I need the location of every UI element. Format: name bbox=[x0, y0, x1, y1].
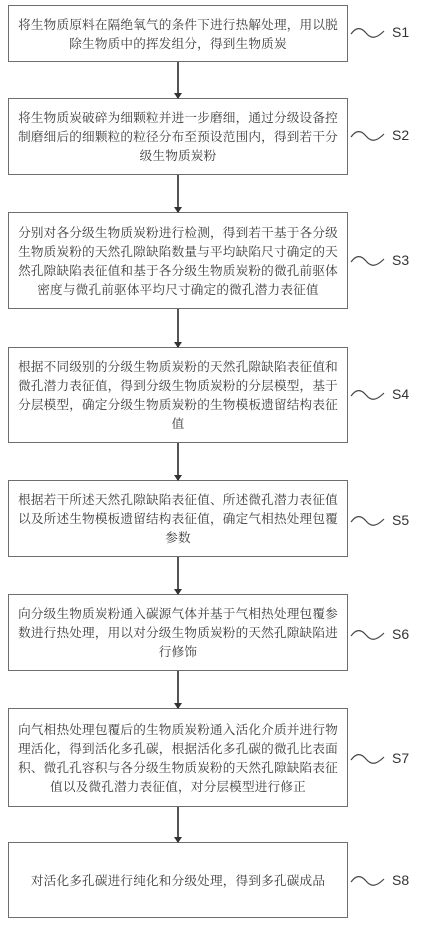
step-text-s7: 向气相热处理包覆后的生物质炭粉通入活化介质并进行物理活化，得到活化多孔碳，根据活… bbox=[17, 720, 339, 796]
squiggle-leader-icon bbox=[350, 751, 386, 767]
arrow-s4-s5 bbox=[177, 443, 179, 480]
arrow-head-icon bbox=[174, 703, 182, 709]
step-text-s1: 将生物质原料在隔绝氧气的条件下进行热解处理，用以脱除生物质中的挥发组分，得到生物… bbox=[17, 15, 339, 53]
step-label-s3: S3 bbox=[392, 252, 409, 268]
arrow-s2-s3 bbox=[177, 175, 179, 212]
step-text-s5: 根据若干所述天然孔隙缺陷表征值、所述微孔潜力表征值以及所述生物模板遗留结构表征值… bbox=[17, 490, 339, 547]
squiggle-leader-icon bbox=[350, 387, 386, 403]
step-box-s2: 将生物质炭破碎为细颗粒并进一步磨细，通过分级设备控制磨细后的细颗粒的粒径分布至预… bbox=[8, 98, 348, 175]
squiggle-leader-icon bbox=[350, 128, 386, 144]
step-label-s6: S6 bbox=[392, 626, 409, 642]
step-label-s1: S1 bbox=[392, 24, 409, 40]
step-text-s8: 对活化多孔碳进行纯化和分级处理，得到多孔碳成品 bbox=[31, 871, 325, 890]
step-box-s1: 将生物质原料在隔绝氧气的条件下进行热解处理，用以脱除生物质中的挥发组分，得到生物… bbox=[8, 5, 348, 62]
step-text-s6: 向分级生物质炭粉通入碳源气体并基于气相热处理包覆参数进行热处理，用以对分级生物质… bbox=[17, 604, 339, 661]
squiggle-leader-icon bbox=[350, 253, 386, 269]
step-label-s2: S2 bbox=[392, 127, 409, 143]
arrow-head-icon bbox=[174, 837, 182, 843]
arrow-head-icon bbox=[174, 342, 182, 348]
arrow-head-icon bbox=[174, 93, 182, 99]
step-box-s3: 分别对各分级生物质炭粉进行检测，得到若干基于各分级生物质炭粉的天然孔隙缺陷数量与… bbox=[8, 212, 348, 309]
step-text-s4: 根据不同级别的分级生物质炭粉的天然孔隙缺陷表征值和微孔潜力表征值，得到分级生物质… bbox=[17, 357, 339, 433]
arrow-head-icon bbox=[174, 207, 182, 213]
arrow-s1-s2 bbox=[177, 62, 179, 98]
arrow-head-icon bbox=[174, 589, 182, 595]
squiggle-leader-icon bbox=[350, 627, 386, 643]
step-box-s7: 向气相热处理包覆后的生物质炭粉通入活化介质并进行物理活化，得到活化多孔碳，根据活… bbox=[8, 708, 348, 807]
arrow-s6-s7 bbox=[177, 671, 179, 708]
step-box-s8: 对活化多孔碳进行纯化和分级处理，得到多孔碳成品 bbox=[8, 842, 348, 918]
squiggle-leader-icon bbox=[350, 873, 386, 889]
step-label-s7: S7 bbox=[392, 750, 409, 766]
step-box-s6: 向分级生物质炭粉通入碳源气体并基于气相热处理包覆参数进行热处理，用以对分级生物质… bbox=[8, 594, 348, 671]
step-label-s4: S4 bbox=[392, 386, 409, 402]
step-box-s5: 根据若干所述天然孔隙缺陷表征值、所述微孔潜力表征值以及所述生物模板遗留结构表征值… bbox=[8, 480, 348, 557]
step-box-s4: 根据不同级别的分级生物质炭粉的天然孔隙缺陷表征值和微孔潜力表征值，得到分级生物质… bbox=[8, 347, 348, 443]
squiggle-leader-icon bbox=[350, 25, 386, 41]
squiggle-leader-icon bbox=[350, 513, 386, 529]
arrow-s3-s4 bbox=[177, 309, 179, 347]
arrow-s5-s6 bbox=[177, 557, 179, 594]
step-label-s5: S5 bbox=[392, 512, 409, 528]
arrow-head-icon bbox=[174, 475, 182, 481]
arrow-s7-s8 bbox=[177, 807, 179, 842]
step-label-s8: S8 bbox=[392, 872, 409, 888]
step-text-s3: 分别对各分级生物质炭粉进行检测，得到若干基于各分级生物质炭粉的天然孔隙缺陷数量与… bbox=[17, 223, 339, 299]
step-text-s2: 将生物质炭破碎为细颗粒并进一步磨细，通过分级设备控制磨细后的细颗粒的粒径分布至预… bbox=[17, 108, 339, 165]
